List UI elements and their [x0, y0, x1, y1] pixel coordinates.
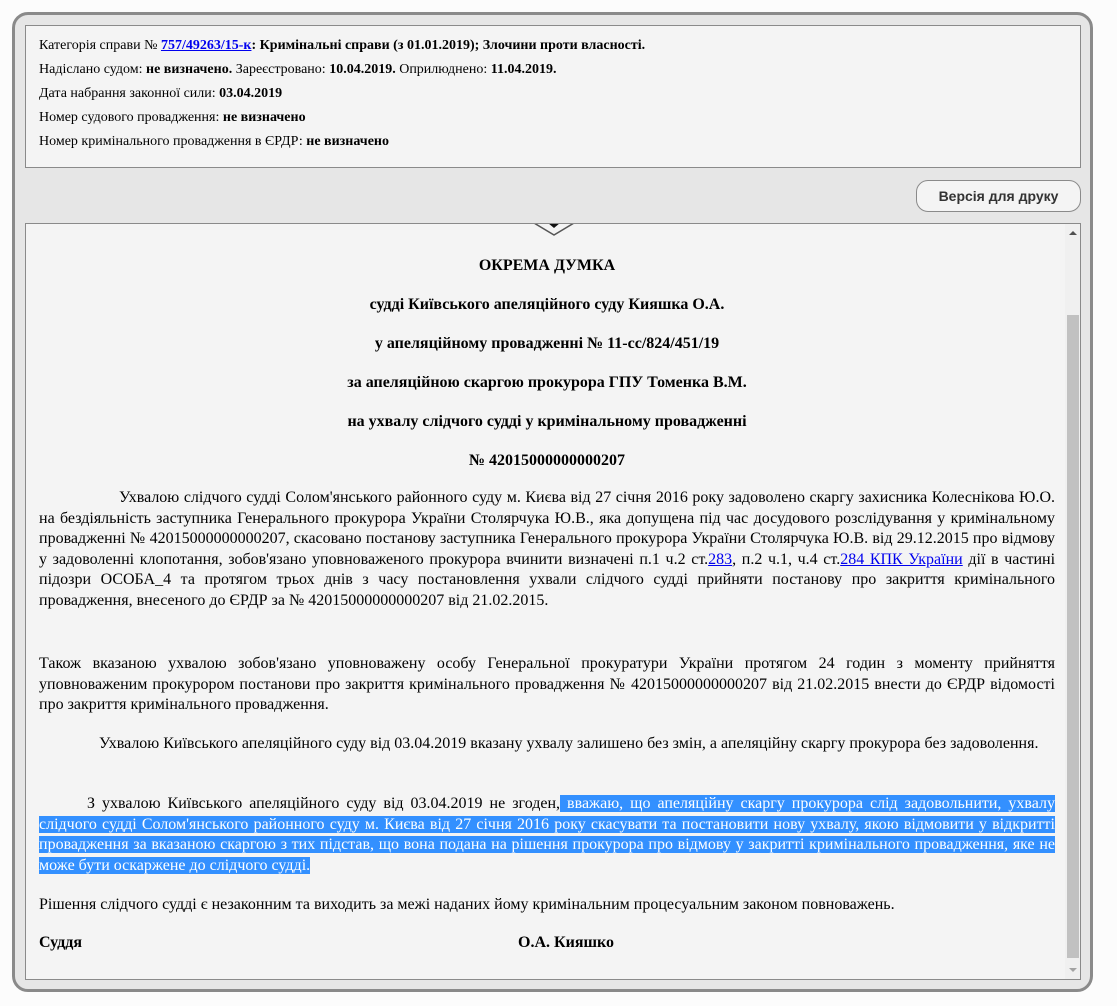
court-proceeding-value: не визначено [223, 110, 306, 125]
document-subtitle: за апеляційною скаргою прокурора ГПУ Том… [39, 373, 1055, 394]
published-value: 11.04.2019. [491, 62, 557, 77]
document-subtitle: № 42015000000000207 [39, 451, 1055, 472]
court-proceeding-label: Номер судового провадження: [39, 110, 223, 125]
sent-value: не визначено. [146, 62, 232, 77]
paragraph-1: Ухвалою слідчого судді Солом'янського ра… [39, 488, 1055, 611]
case-info-panel: Категорія справи № 757/49263/15-к: Кримі… [25, 25, 1081, 168]
registered-value: 10.04.2019. [329, 62, 396, 77]
case-dates-line: Надіслано судом: не визначено. Зареєстро… [39, 58, 1067, 82]
print-version-button[interactable]: Версія для друку [916, 180, 1081, 212]
criminal-proceeding-line: Номер кримінального провадження в ЄРДР: … [39, 130, 1067, 154]
effective-label: Дата набрання законної сили: [39, 86, 219, 101]
paragraph-5: Рішення слідчого судді є незаконним та в… [39, 895, 1055, 916]
case-category-line: Категорія справи № 757/49263/15-к: Кримі… [39, 34, 1067, 58]
document-subtitle: судді Київського апеляційного суду Кияшк… [39, 295, 1055, 316]
document-subtitle: на ухвалу слідчого судді у кримінальному… [39, 412, 1055, 433]
effective-value: 03.04.2019 [219, 86, 282, 101]
published-label: Оприлюднено: [396, 62, 491, 77]
registered-label: Зареєстровано: [232, 62, 329, 77]
vertical-scrollbar[interactable] [1065, 224, 1080, 979]
category-value: : Кримінальні справи (з 01.01.2019); Зло… [251, 38, 645, 53]
case-number-link[interactable]: 757/49263/15-к [161, 38, 252, 53]
criminal-proceeding-value: не визначено [306, 134, 389, 149]
paragraph-3: Ухвалою Київського апеляційного суду від… [39, 734, 1055, 755]
signature-role: Суддя [39, 933, 82, 954]
document-subtitle: у апеляційному провадженні № 11-сс/824/4… [39, 334, 1055, 355]
article-284-link[interactable]: 284 КПК України [840, 551, 963, 568]
scroll-up-arrow-icon[interactable] [1065, 224, 1080, 241]
document-viewer[interactable]: ОКРЕМА ДУМКА судді Київського апеляційно… [25, 223, 1081, 980]
collapse-toggle-icon[interactable] [534, 223, 574, 237]
document-title: ОКРЕМА ДУМКА [39, 256, 1055, 277]
scrollbar-thumb[interactable] [1067, 315, 1079, 958]
court-proceeding-line: Номер судового провадження: не визначено [39, 106, 1067, 130]
paragraph-2: Також вказаною ухвалою зобов'язано уповн… [39, 654, 1055, 716]
paragraph-text: З ухвалою Київського апеляційного суду в… [87, 795, 560, 812]
scroll-down-arrow-icon[interactable] [1065, 962, 1080, 979]
sent-label: Надіслано судом: [39, 62, 146, 77]
paragraph-text: , п.2 ч.1, ч.4 ст. [732, 551, 840, 568]
article-283-link[interactable]: 283 [708, 551, 732, 568]
criminal-proceeding-label: Номер кримінального провадження в ЄРДР: [39, 134, 306, 149]
category-label: Категорія справи № [39, 38, 161, 53]
effective-date-line: Дата набрання законної сили: 03.04.2019 [39, 82, 1067, 106]
paragraph-4: З ухвалою Київського апеляційного суду в… [39, 794, 1055, 876]
signature-name: О.А. Кияшко [518, 933, 614, 954]
